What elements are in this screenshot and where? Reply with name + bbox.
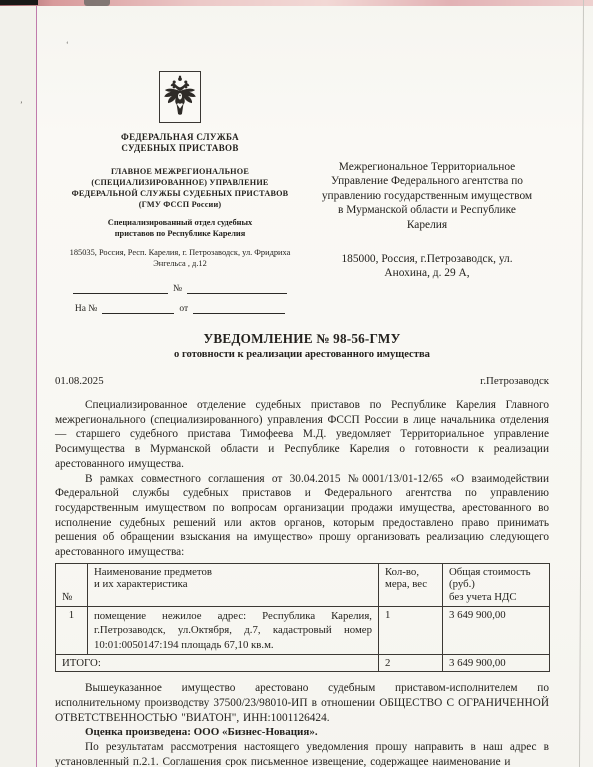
recipient-address: 185000, Россия, г.Петрозаводск, ул. Анох… [305, 252, 549, 281]
valuation-line: Оценка произведена: ООО «Бизнес-Новация»… [55, 725, 549, 740]
document-title-block: УВЕДОМЛЕНИЕ № 98-56-ГМУ о готовности к р… [55, 331, 549, 360]
issuer-service-name: ФЕДЕРАЛЬНАЯ СЛУЖБА СУДЕБНЫХ ПРИСТАВОВ [55, 132, 305, 154]
date-city-line: 01.08.2025 г.Петрозаводск [55, 375, 549, 387]
scanned-document-page: ’ ‘ [0, 0, 593, 767]
scan-right-edge-line [579, 0, 584, 767]
letterhead-issuer-block: ФЕДЕРАЛЬНАЯ СЛУЖБА СУДЕБНЫХ ПРИСТАВОВ ГЛ… [55, 0, 305, 314]
letterhead-recipient-block: Межрегиональное Территориальное Управлен… [305, 0, 549, 314]
column-header-name: Наименование предметов и их характеристи… [88, 563, 379, 606]
issuer-address: 185035, Россия, Респ. Карелия, г. Петроз… [55, 248, 305, 269]
blank-line [187, 283, 287, 294]
property-table: № Наименование предметов и их характерис… [55, 563, 550, 673]
paragraph-agreement: В рамках совместного соглашения от 30.04… [55, 472, 549, 560]
letter-content: ФЕДЕРАЛЬНАЯ СЛУЖБА СУДЕБНЫХ ПРИСТАВОВ ГЛ… [55, 0, 549, 767]
reply-reference-line: На № от [55, 303, 305, 314]
blank-line [102, 303, 174, 314]
table-total-row: ИТОГО: 2 3 649 900,00 [56, 655, 550, 672]
recipient-name: Межрегиональное Территориальное Управлен… [305, 160, 549, 232]
item-cost: 3 649 900,00 [443, 606, 550, 655]
document-title: УВЕДОМЛЕНИЕ № 98-56-ГМУ [55, 331, 549, 347]
total-label: ИТОГО: [56, 655, 379, 672]
blank-line [73, 283, 168, 294]
paragraph-request: По результатам рассмотрения настоящего у… [55, 740, 549, 767]
document-city: г.Петрозаводск [480, 375, 549, 387]
total-cost: 3 649 900,00 [443, 655, 550, 672]
table-header-row: № Наименование предметов и их характерис… [56, 563, 550, 606]
issuer-department-name: Специализированный отдел судебных приста… [55, 217, 305, 239]
total-quantity: 2 [379, 655, 443, 672]
paragraph-notification: Специализированное отделение судебных пр… [55, 398, 549, 472]
scan-corner-strip [0, 0, 38, 5]
document-subtitle: о готовности к реализации арестованного … [55, 349, 549, 360]
item-description: помещение нежилое адрес: Республика Каре… [88, 606, 379, 655]
from-label: от [179, 304, 188, 314]
number-sign-label: № [173, 284, 182, 294]
scan-speck: ’ [20, 100, 23, 109]
column-header-cost: Общая стоимость (руб.) без учета НДС [443, 563, 550, 606]
reply-to-label: На № [75, 304, 98, 314]
item-number: 1 [56, 606, 88, 655]
blank-line [193, 303, 285, 314]
reference-number-line: № [55, 283, 305, 294]
document-date: 01.08.2025 [55, 375, 104, 387]
scan-margin-line [0, 0, 37, 767]
table-row: 1 помещение нежилое адрес: Республика Ка… [56, 606, 550, 655]
paragraph-arrest-info: Вышеуказанное имущество арестовано судеб… [55, 681, 549, 725]
letterhead: ФЕДЕРАЛЬНАЯ СЛУЖБА СУДЕБНЫХ ПРИСТАВОВ ГЛ… [55, 0, 549, 314]
column-header-quantity: Кол-во, мера, вес [379, 563, 443, 606]
issuer-directorate-name: ГЛАВНОЕ МЕЖРЕГИОНАЛЬНОЕ (СПЕЦИАЛИЗИРОВАН… [55, 166, 305, 210]
column-header-number: № [56, 563, 88, 606]
item-quantity: 1 [379, 606, 443, 655]
coat-of-arms-icon [159, 71, 201, 123]
